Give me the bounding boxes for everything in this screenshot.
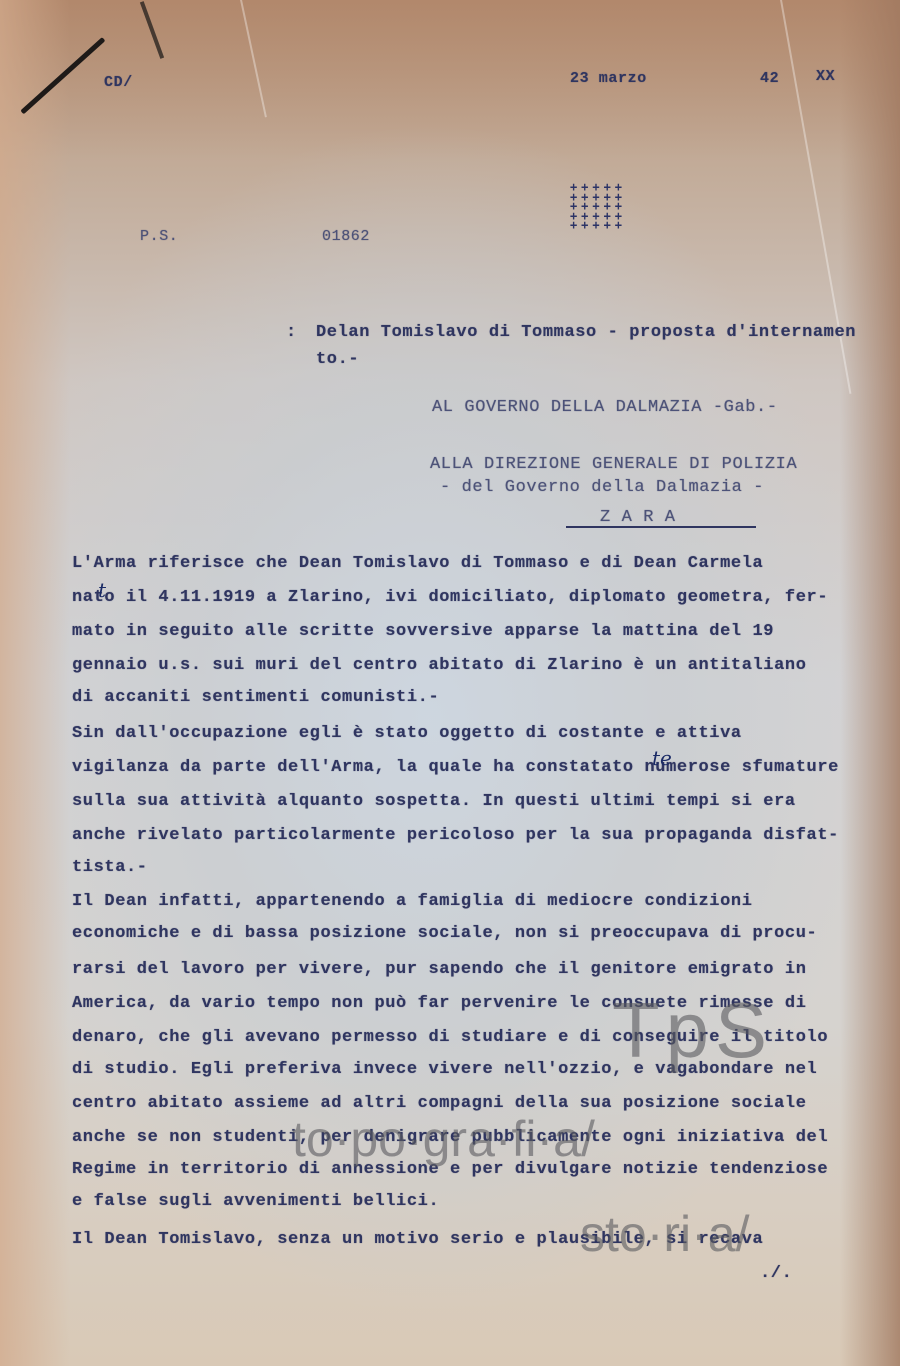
redaction-stamp: +++++ +++++ +++++ +++++ +++++: [568, 183, 624, 231]
office-code: P.S.: [140, 228, 178, 245]
city-underline: [566, 526, 756, 528]
body-line: tista.-: [72, 858, 892, 877]
handwritten-correction: te: [652, 746, 672, 770]
addressee-city: Z A R A: [600, 508, 676, 527]
subject-line-1: Delan Tomislavo di Tommaso - proposta d'…: [316, 323, 856, 342]
body-line: Il Dean Tomislavo, senza un motivo serio…: [72, 1230, 892, 1249]
body-line: di accaniti sentimenti comunisti.-: [72, 688, 892, 707]
paper-left-edge: [0, 0, 70, 1366]
reference-code: CD/: [104, 74, 133, 91]
handwritten-correction: t: [98, 578, 106, 602]
document-year: 42: [760, 70, 779, 87]
watermark-topografia: to·po·gra·fi·a/: [292, 1110, 595, 1168]
body-line: Sin dall'occupazione egli è stato oggett…: [72, 724, 892, 743]
addressee-governo-dalmazia: - del Governo della Dalmazia -: [440, 478, 764, 497]
addressee-direzione-polizia: ALLA DIREZIONE GENERALE DI POLIZIA: [430, 455, 797, 474]
body-line: gennaio u.s. sui muri del centro abitato…: [72, 656, 892, 675]
body-line: e false sugli avvenimenti bellici.: [72, 1192, 892, 1211]
protocol-number: 01862: [322, 228, 370, 245]
body-line: rarsi del lavoro per vivere, pur sapendo…: [72, 960, 892, 979]
fascist-era-year: XX: [816, 68, 835, 85]
body-line: vigilanza da parte dell'Arma, la quale h…: [72, 758, 892, 777]
body-line: Il Dean infatti, appartenendo a famiglia…: [72, 892, 892, 911]
watermark-logo: TpS: [612, 985, 773, 1076]
subject-marker: :: [286, 323, 297, 342]
body-line: economiche e di bassa posizione sociale,…: [72, 924, 892, 943]
body-line: mato in seguito alle scritte sovversive …: [72, 622, 892, 641]
watermark-storia: sto·ri·a/: [580, 1205, 749, 1263]
document-date: 23 marzo: [570, 70, 647, 87]
body-line: nato il 4.11.1919 a Zlarino, ivi domicil…: [72, 588, 892, 607]
body-line: L'Arma riferisce che Dean Tomislavo di T…: [72, 554, 892, 573]
continuation-mark: ./.: [760, 1264, 792, 1283]
body-line: sulla sua attività alquanto sospetta. In…: [72, 792, 892, 811]
body-line: anche rivelato particolarmente pericolos…: [72, 826, 892, 845]
subject-line-2: to.-: [316, 350, 359, 369]
addressee-governo: AL GOVERNO DELLA DALMAZIA -Gab.-: [432, 398, 778, 417]
